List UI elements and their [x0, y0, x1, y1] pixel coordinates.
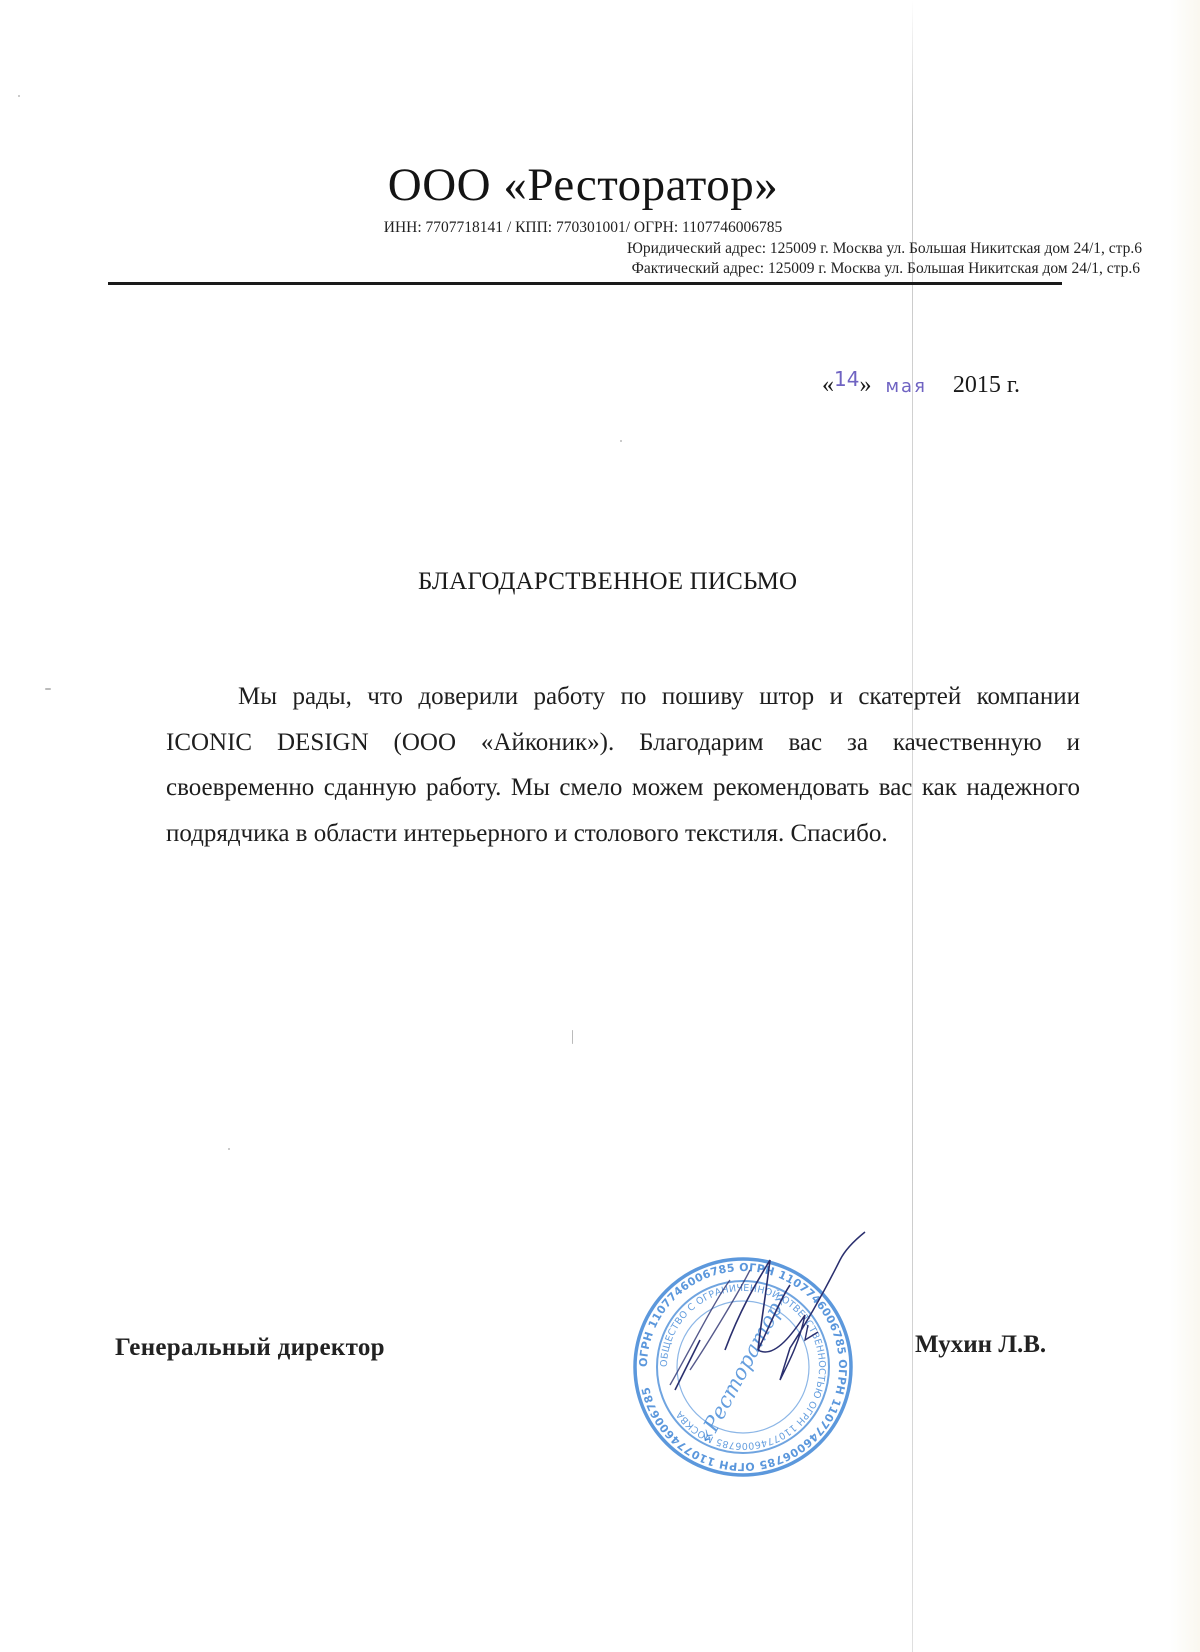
date-close-quote: »	[859, 372, 871, 398]
signatory-position: Генеральный директор	[115, 1334, 385, 1362]
registration-numbers: ИНН: 7707718141 / КПП: 770301001/ ОГРН: …	[0, 219, 1166, 237]
scan-speck	[45, 688, 51, 690]
date-month-handwritten: мая	[885, 376, 926, 397]
actual-address: Фактический адрес: 125009 г. Москва ул. …	[0, 260, 1140, 278]
body-brand-name: ICONIC DESIGN	[166, 729, 369, 756]
company-name: ООО «Ресторатор»	[0, 158, 1166, 212]
scan-speck	[18, 95, 20, 97]
letter-body: Мы рады, что доверили работу по пошиву ш…	[166, 674, 1080, 856]
letter-title: БЛАГОДАРСТВЕННОЕ ПИСЬМО	[418, 568, 797, 596]
date-day-handwritten: 14	[834, 367, 859, 391]
handwritten-signature-icon	[630, 1230, 880, 1460]
letter-date: «14»мая2015 г.	[822, 372, 1020, 399]
scan-speck	[228, 1148, 230, 1150]
signatory-name: Мухин Л.В.	[915, 1331, 1046, 1359]
scan-edge-shade	[1170, 0, 1200, 1652]
scan-speck	[572, 1030, 573, 1044]
letterhead-rule	[108, 282, 1062, 285]
scan-speck	[620, 440, 622, 442]
body-text-part1: Мы рады, что доверили работу по пошиву ш…	[238, 683, 1080, 710]
legal-address: Юридический адрес: 125009 г. Москва ул. …	[0, 240, 1142, 258]
date-year: 2015 г.	[953, 372, 1020, 398]
date-open-quote: «	[822, 372, 834, 398]
